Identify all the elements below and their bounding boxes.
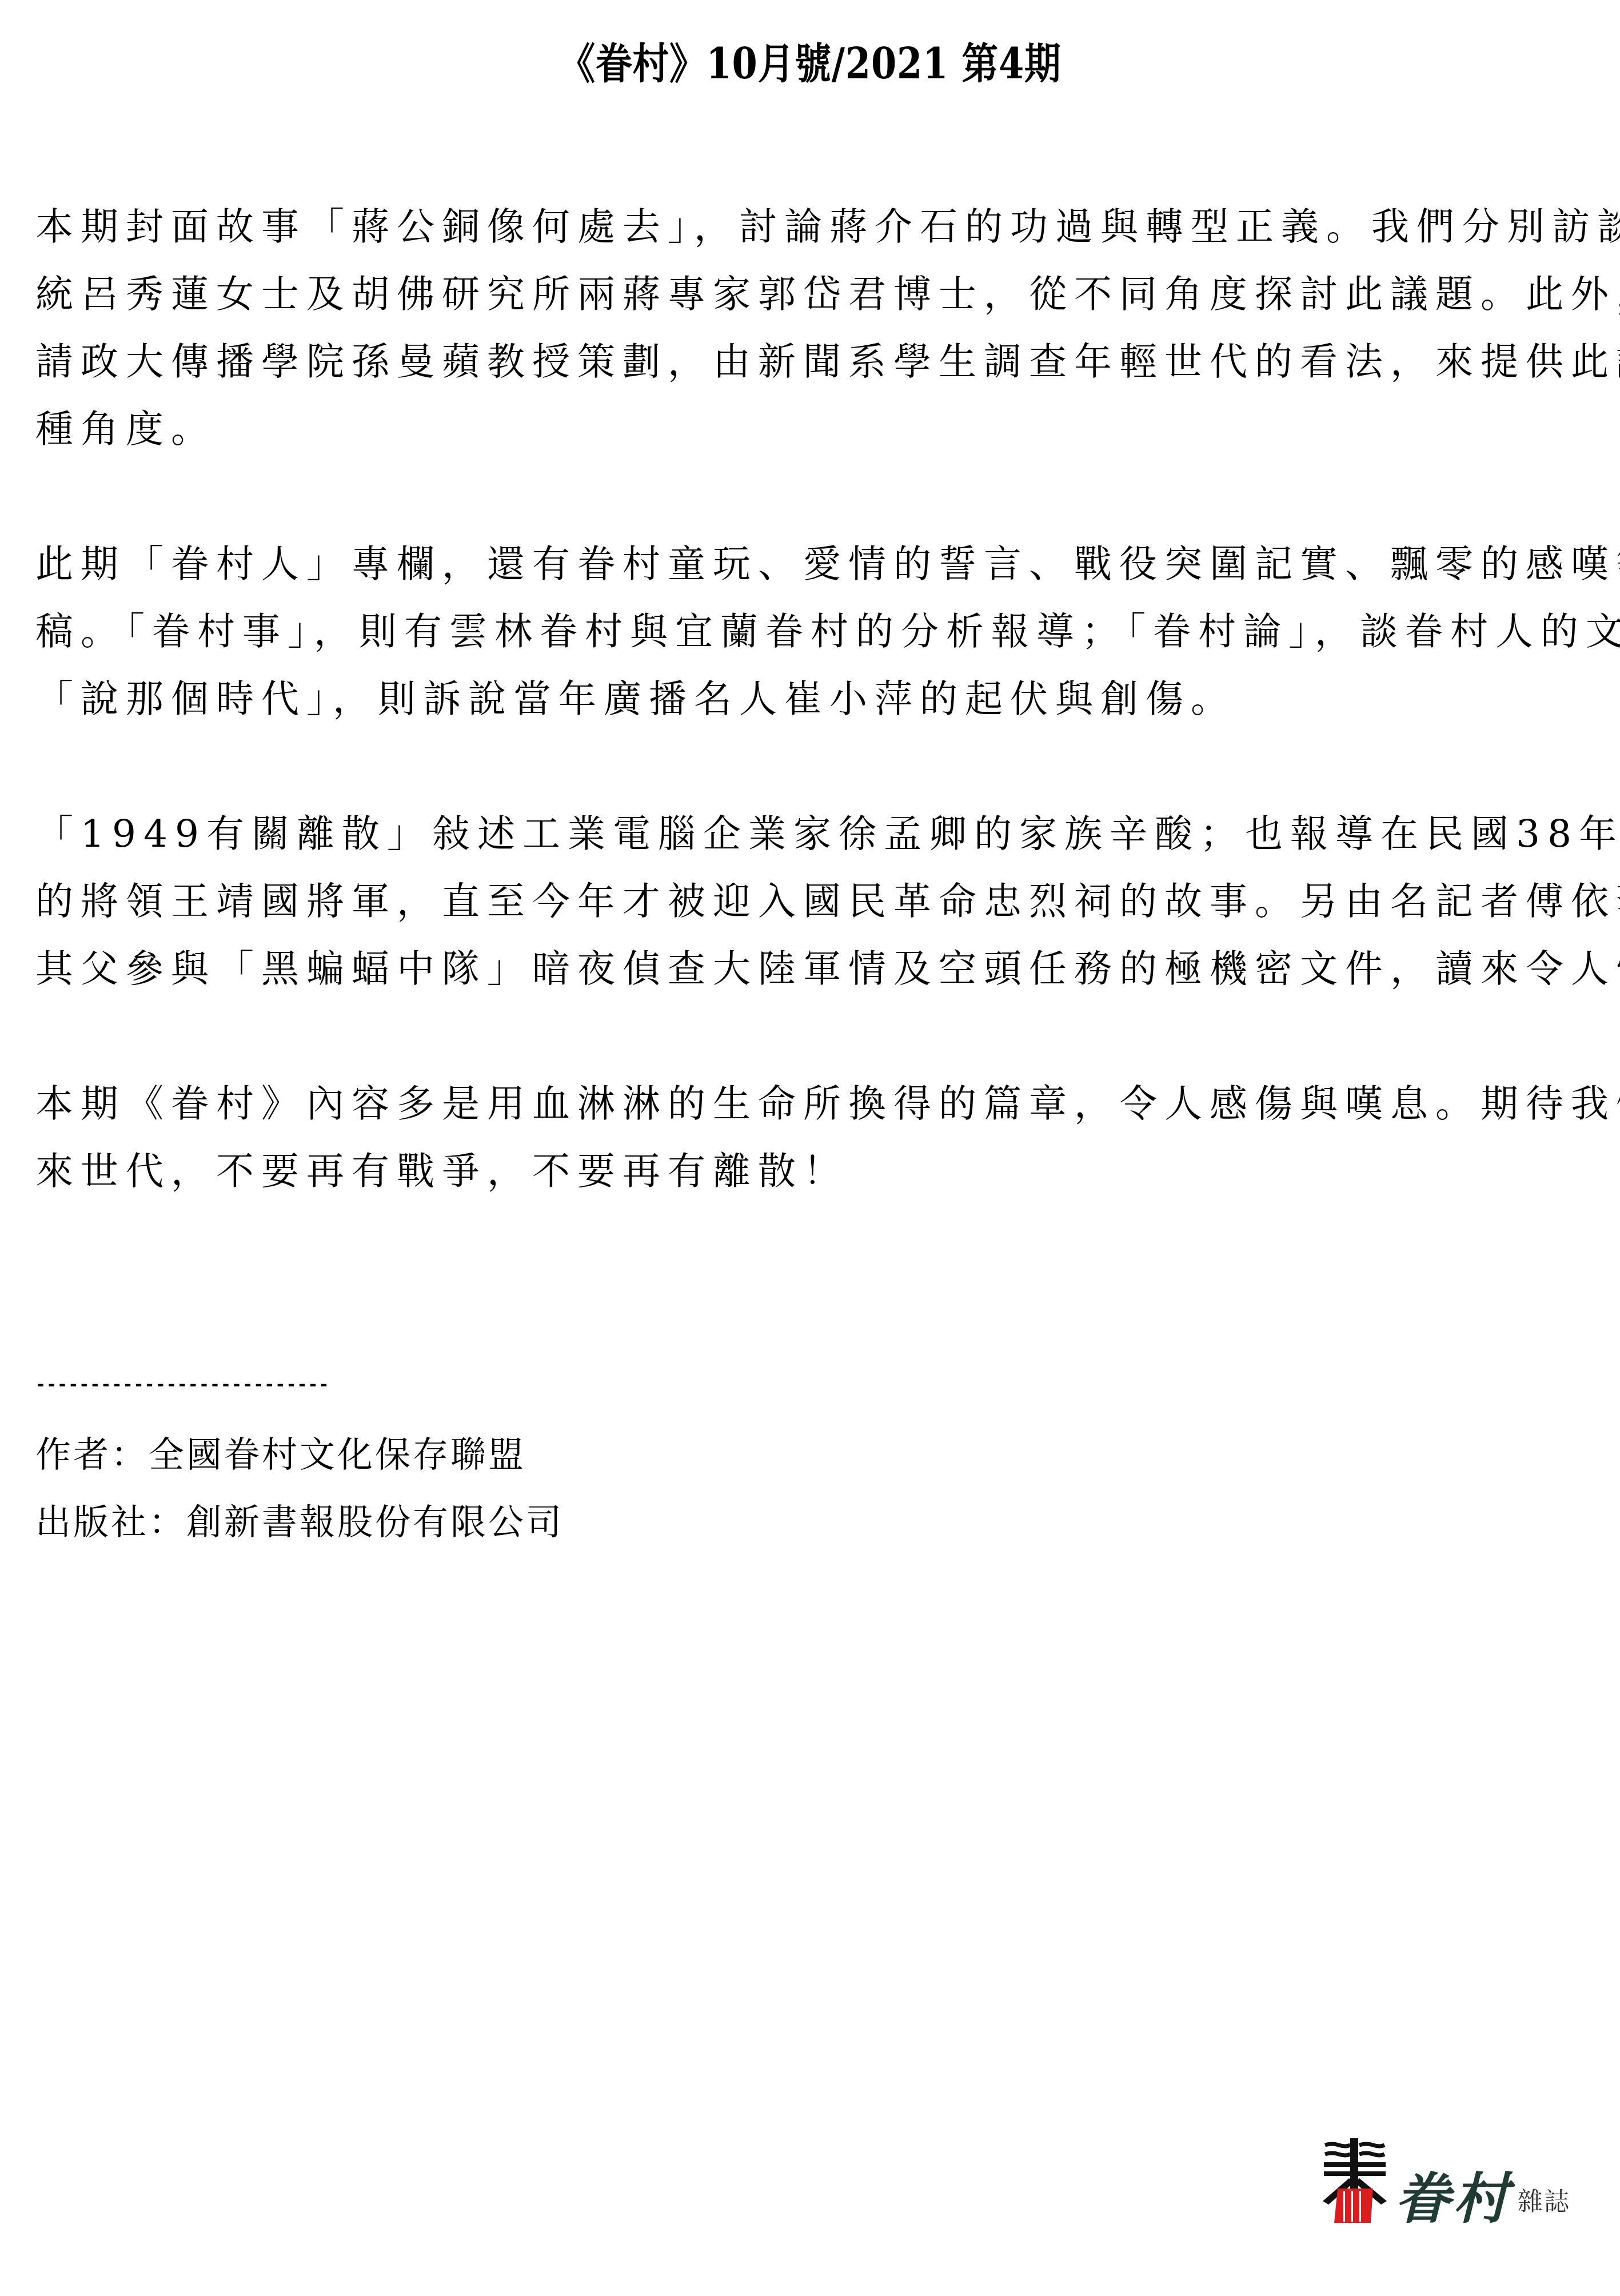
paragraph-cover-story: 本期封面故事「蔣公銅像何處去」，討論蔣介石的功過與轉型正義。我們分別訪談了前副總… — [35, 193, 1590, 463]
text-line: 本期《眷村》內容多是用血淋淋的生命所換得的篇章，令人感傷與嘆息。期待我們國家的未 — [35, 1070, 1590, 1138]
text-line: 來世代，不要再有戰爭，不要再有離散！ — [35, 1138, 1590, 1205]
page-title: 《眷村》10月號/2021 第4期 — [113, 35, 1506, 93]
publisher-line: 出版社：創新書報股份有限公司 — [35, 1497, 564, 1548]
text-line: 的將領王靖國將軍，直至今年才被迎入國民革命忠烈祠的故事。另由名記者傅依萍所披露， — [35, 868, 1590, 935]
paragraph-columns: 此期「眷村人」專欄，還有眷村童玩、愛情的誓言、戰役突圍記實、飄零的感嘆等眷村人投… — [35, 531, 1590, 733]
text-line: 種角度。 — [35, 396, 1590, 463]
separator-line: --------------------------- — [35, 1375, 330, 1395]
magazine-logo: 眷村 雜誌 — [1320, 2138, 1583, 2253]
text-line: 「說那個時代」，則訴說當年廣播名人崔小萍的起伏與創傷。 — [35, 665, 1590, 733]
text-line: 此期「眷村人」專欄，還有眷村童玩、愛情的誓言、戰役突圍記實、飄零的感嘆等眷村人投 — [35, 531, 1590, 598]
logo-mark-icon — [1320, 2138, 1389, 2224]
text-line: 「1949有關離散」敍述工業電腦企業家徐孟卿的家族辛酸；也報導在民國38年死守山… — [35, 800, 1590, 868]
author-line: 作者：全國眷村文化保存聯盟 — [35, 1429, 526, 1481]
text-line: 稿。「眷村事」，則有雲林眷村與宜蘭眷村的分析報導；「眷村論」，談眷村人的文化困境… — [35, 598, 1590, 665]
logo-subtitle: 雜誌 — [1518, 2181, 1570, 2218]
text-line: 其父參與「黑蝙蝠中隊」暗夜偵查大陸軍情及空頭任務的極機密文件，讀來令人怵目驚心。 — [35, 935, 1590, 1003]
text-line: 本期封面故事「蔣公銅像何處去」，討論蔣介石的功過與轉型正義。我們分別訪談了前副總 — [35, 193, 1590, 261]
paragraph-1949: 「1949有關離散」敍述工業電腦企業家徐孟卿的家族辛酸；也報導在民國38年死守山… — [35, 800, 1590, 1003]
text-line: 請政大傳播學院孫曼蘋教授策劃，由新聞系學生調查年輕世代的看法，來提供此議題的另一 — [35, 328, 1590, 396]
text-line: 統呂秀蓮女士及胡佛研究所兩蔣專家郭岱君博士，從不同角度探討此議題。此外，我們也委 — [35, 261, 1590, 328]
logo-script-text: 眷村 — [1395, 2155, 1511, 2234]
paragraph-closing: 本期《眷村》內容多是用血淋淋的生命所換得的篇章，令人感傷與嘆息。期待我們國家的未… — [35, 1070, 1590, 1205]
